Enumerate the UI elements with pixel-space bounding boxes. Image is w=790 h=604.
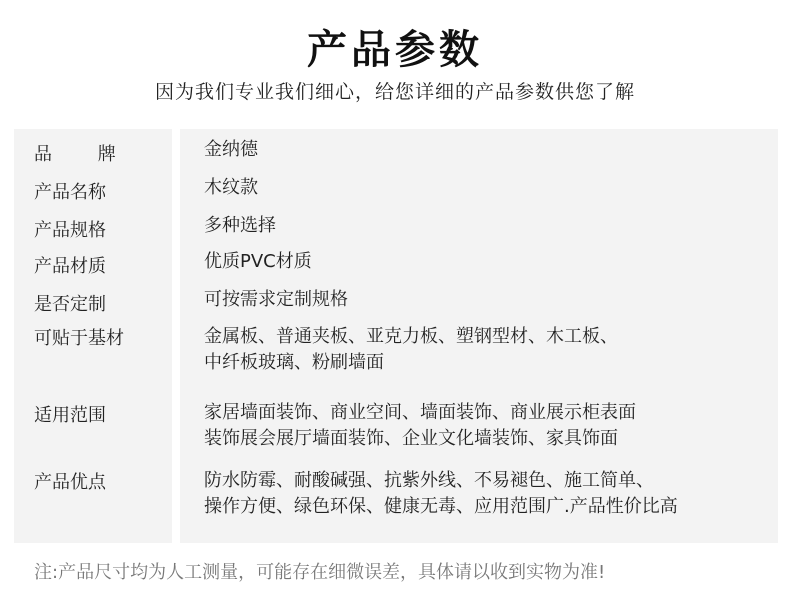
param-label-custom: 是否定制 — [34, 290, 106, 316]
param-value-material: 优质PVC材质 — [204, 249, 312, 275]
page-subtitle: 因为我们专业我们细心，给您详细的产品参数供您了解 — [0, 77, 790, 104]
param-label-material: 产品材质 — [34, 252, 106, 278]
param-value-name: 木纹款 — [204, 175, 258, 201]
param-value-scope: 家居墙面装饰、商业空间、墙面装饰、商业展示柜表面 装饰展会展厅墙面装饰、企业文化… — [204, 400, 636, 452]
param-label-spec: 产品规格 — [34, 216, 106, 242]
param-value-spec: 多种选择 — [204, 213, 276, 239]
param-value-substrate: 金属板、普通夹板、亚克力板、塑钢型材、木工板、 中纤板玻璃、粉刷墙面 — [204, 324, 618, 376]
param-label-advantages: 产品优点 — [34, 468, 106, 494]
param-label-brand: 品 牌 — [34, 140, 116, 166]
page-title: 产品参数 — [0, 18, 790, 75]
footer-note: 注:产品尺寸均为人工测量，可能存在细微误差，具体请以收到实物为准! — [34, 558, 605, 584]
param-label-name: 产品名称 — [34, 178, 106, 204]
param-value-advantages: 防水防霉、耐酸碱强、抗紫外线、不易褪色、施工简单、 操作方便、绿色环保、健康无毒… — [204, 468, 678, 520]
param-label-substrate: 可贴于基材 — [34, 324, 124, 350]
param-label-scope: 适用范围 — [34, 401, 106, 427]
param-value-custom: 可按需求定制规格 — [204, 287, 348, 313]
param-value-brand: 金纳德 — [204, 137, 258, 163]
